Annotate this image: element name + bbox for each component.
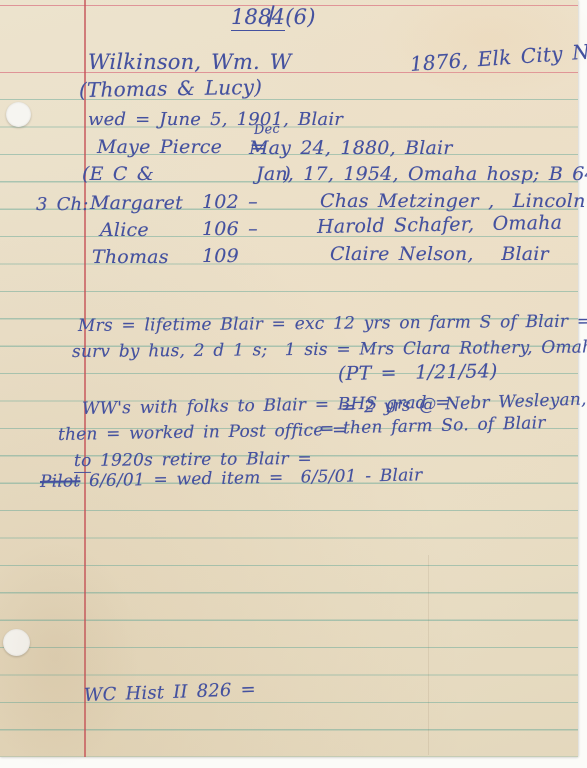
wife-note-citation: (PT = 1/21/54): [338, 362, 498, 384]
paper-sheet: 1884(6) Wilkinson, Wm. W 1876, Elk City …: [0, 0, 578, 757]
wife-note-line2: surv by hus, 2 d 1 s; 1 sis = Mrs Clara …: [72, 339, 587, 361]
spouse-month-correction: Dec: [254, 123, 281, 137]
wife-note-line1: Mrs = lifetime Blair = exc 12 yrs on far…: [78, 314, 587, 335]
child-spouse: Claire Nelson, Blair: [330, 245, 549, 264]
paper-crease: [428, 555, 429, 755]
husband-note-line2-left: then = worked in Post office =: [58, 422, 347, 444]
underlined-word: to: [74, 451, 92, 473]
child-spouse: Chas Metzinger , Lincoln: [320, 192, 586, 211]
entry-name: Wilkinson, Wm. W: [88, 52, 292, 73]
child-name: Thomas: [92, 248, 169, 267]
scanned-notebook-page: 1884(6) Wilkinson, Wm. W 1876, Elk City …: [0, 0, 587, 768]
header-page-number: (6): [285, 5, 315, 29]
spouse-birth: May 24, 1880, Blair: [249, 139, 453, 158]
child-ref: 106 –: [202, 220, 258, 239]
spouse-death: Jan, 17, 1954, Omaha hosp; B 64-1: [256, 165, 587, 184]
children-count-label: 3 Ch:: [36, 196, 89, 214]
struck-word: Pilot: [40, 471, 81, 492]
child-ref: 102 –: [202, 193, 258, 212]
hole-punch-top: [6, 102, 31, 127]
entry-married: wed = June 5, 1901, Blair: [88, 111, 343, 129]
child-spouse: Harold Schafer, Omaha: [317, 214, 562, 237]
entry-parents: (Thomas & Lucy): [79, 77, 263, 100]
child-name: Margaret: [90, 194, 183, 213]
child-name: Alice: [100, 221, 149, 240]
header-year: 1884: [231, 5, 285, 31]
child-ref: 109: [202, 247, 239, 266]
spouse-name: Maye Pierce =: [97, 138, 266, 157]
